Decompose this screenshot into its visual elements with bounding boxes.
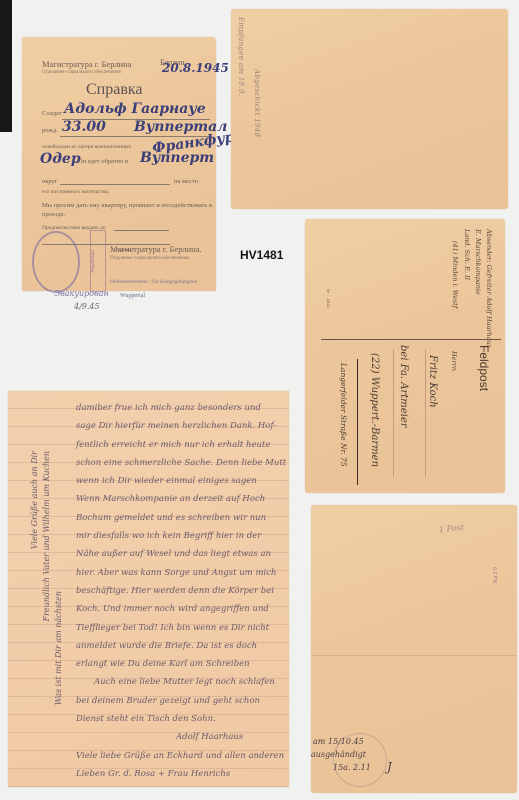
postcard-back-top: Empfangen am 18.9. Abgeschickt 1948 bbox=[231, 9, 508, 209]
recipient-line-5: Langerfelder Straße Nr. 75 bbox=[339, 363, 348, 467]
letter-line: beschäftige. Hier werden denn die Körper… bbox=[76, 582, 286, 600]
release-certificate: Магистратура г. Берлина Отделение социал… bbox=[22, 37, 216, 291]
divider-line bbox=[321, 339, 501, 340]
certificate-department-repeat: Отделение социального обеспечения. bbox=[110, 256, 190, 261]
letter-line: anmeldet wurde die Briefe. Da ist es doc… bbox=[76, 637, 286, 655]
letter-closing: Viele liebe Grüße an Eckhard und allen a… bbox=[76, 747, 286, 765]
postcard-back-bottom: 1 Post Ka 2 0 am 15/10.45 ausgehändigt 1… bbox=[311, 505, 517, 793]
field-label-returning: Он едет обратно в bbox=[78, 158, 128, 165]
field-value-soldier: Адольф Гаарнауе bbox=[64, 101, 206, 117]
sender-line-1: Absender: Gefreiter Adolf Haarhaus bbox=[485, 229, 493, 348]
field-label-released: освобожден из лагеря военнопленных bbox=[42, 144, 131, 150]
letter-line: wenn ich Dir wieder einmal einiges sagen bbox=[76, 472, 286, 490]
request-text: Мы просим дать ему квартиру, провиант и … bbox=[42, 201, 214, 219]
letter-line: Dienst steht ein Tisch den Sohn. bbox=[76, 710, 286, 728]
feldpost-heading: Feldpost bbox=[477, 345, 491, 391]
side-mark: Ka 2 0 bbox=[493, 567, 499, 583]
letter-line: schon eine schmerzliche Sache. Denn lieb… bbox=[76, 454, 286, 472]
letter-line: hier. Aber was kann Sorge und Angst um m… bbox=[76, 564, 286, 582]
margin-note-left-3: Was ist mit Dir am nächsten bbox=[54, 591, 63, 705]
letter-line: fentlich erreicht er mich nur ich erhalt… bbox=[76, 436, 286, 454]
letter-closing: Lieben Gr. d. Rosa + Frau Henrichs bbox=[76, 765, 286, 783]
permanent-residence: его постоянного жительства. bbox=[42, 189, 109, 195]
letter-line: Auch eine liebe Mutter legt noch schlafe… bbox=[76, 673, 286, 691]
feldpost-card: Nr. 1622 Feldpost Absender: Gefreiter Ad… bbox=[305, 219, 505, 493]
handwritten-date: 4/9.45 bbox=[74, 302, 100, 311]
letter-line: mir diesfalls wo ich kein Begriff hier i… bbox=[76, 527, 286, 545]
letter-signature: Adolf Haarhaus bbox=[76, 728, 286, 746]
recipient-line-3: bei Fa. Artmeier bbox=[398, 345, 409, 428]
letter-line: erlangt wie Du deine Karl am Schreiben bbox=[76, 655, 286, 673]
handwritten-letter: damiber frue ich mich ganz besonders und… bbox=[8, 391, 289, 787]
fold-line bbox=[311, 655, 517, 656]
sender-line-4: (41) Minden i. Westf. bbox=[451, 241, 459, 310]
margin-note-left-2: Freundlich Vater und Wilhelm um Kuchen bbox=[42, 451, 51, 621]
margin-note-1: Empfangen am 18.9. bbox=[237, 17, 245, 96]
field-value-born: 33.00 bbox=[62, 119, 106, 135]
recipient-line-1: Herrn bbox=[450, 351, 458, 371]
heimkehrer-stamp: Heimkehrerstelle / für Kriegsgefangene bbox=[110, 279, 197, 285]
top-note: 1 Post bbox=[439, 523, 465, 535]
sender-line-3: Land. Sch. E. II bbox=[463, 229, 471, 280]
field-label-soldier: Солдат bbox=[42, 110, 62, 117]
card-code: Nr. 1622 bbox=[325, 289, 329, 308]
letter-line: bei deinem Bruder gezeigt und geht schon bbox=[76, 692, 286, 710]
field-label-born: рожд. bbox=[42, 127, 58, 134]
letter-line: Nähe außer auf Wesel und das liegt etwas… bbox=[76, 545, 286, 563]
certificate-organization: Магистратура г. Берлина bbox=[42, 59, 131, 69]
letter-line: sage Dir hierfür meinen herzlichen Dank.… bbox=[76, 417, 286, 435]
round-stamp bbox=[32, 231, 80, 293]
postmark-line-2: ausgehändigt bbox=[311, 750, 366, 759]
stamp-city: Wuppertal bbox=[120, 293, 145, 299]
certificate-department: Отделение социального обеспечения bbox=[42, 70, 121, 75]
letter-line: Tiefflieger bei Tod! Ich bin wenn es Dir… bbox=[76, 619, 286, 637]
recipient-line-4: (22) Wuppert.-Barmen bbox=[369, 353, 380, 467]
rect-stamp: Abgefertigt bbox=[90, 230, 106, 292]
sender-line-2: E. Marschkompanie bbox=[474, 229, 482, 295]
letter-line: Koch. Und immer noch wird angegriffen un… bbox=[76, 600, 286, 618]
postmark-line-1: am 15/10.45 bbox=[313, 737, 364, 746]
margin-note-left-1: Viele Grüße auch an Dir bbox=[30, 451, 39, 549]
field-value-river: Одер bbox=[40, 151, 81, 167]
letter-body: damiber frue ich mich ganz besonders und… bbox=[76, 399, 286, 783]
postmark-line-4: J bbox=[387, 760, 392, 774]
certificate-date: 20.8.1945 bbox=[162, 61, 229, 75]
field-value-destination: Вупперт bbox=[140, 150, 214, 166]
field-label-place: на место bbox=[174, 178, 198, 185]
handwritten-note: Эвакуирован bbox=[54, 289, 109, 298]
letter-line: Wenn Marschkompanie an derzeit auf Hoch bbox=[76, 490, 286, 508]
certificate-title: Справка bbox=[86, 81, 143, 99]
postmark-line-3: 15a. 2.11 bbox=[333, 763, 371, 772]
scanner-edge bbox=[0, 0, 12, 132]
margin-note-2: Abgeschickt 1948 bbox=[253, 69, 261, 137]
letter-line: damiber frue ich mich ganz besonders und bbox=[76, 399, 286, 417]
field-label-district: округ bbox=[42, 178, 58, 185]
certificate-organization-repeat: Магистратура г. Берлина. bbox=[110, 244, 202, 254]
archive-label: HV1481 bbox=[240, 248, 283, 262]
letter-line: Bochum gemeldet und es schreiben wir nun bbox=[76, 509, 286, 527]
recipient-line-2: Fritz Koch bbox=[427, 355, 438, 408]
